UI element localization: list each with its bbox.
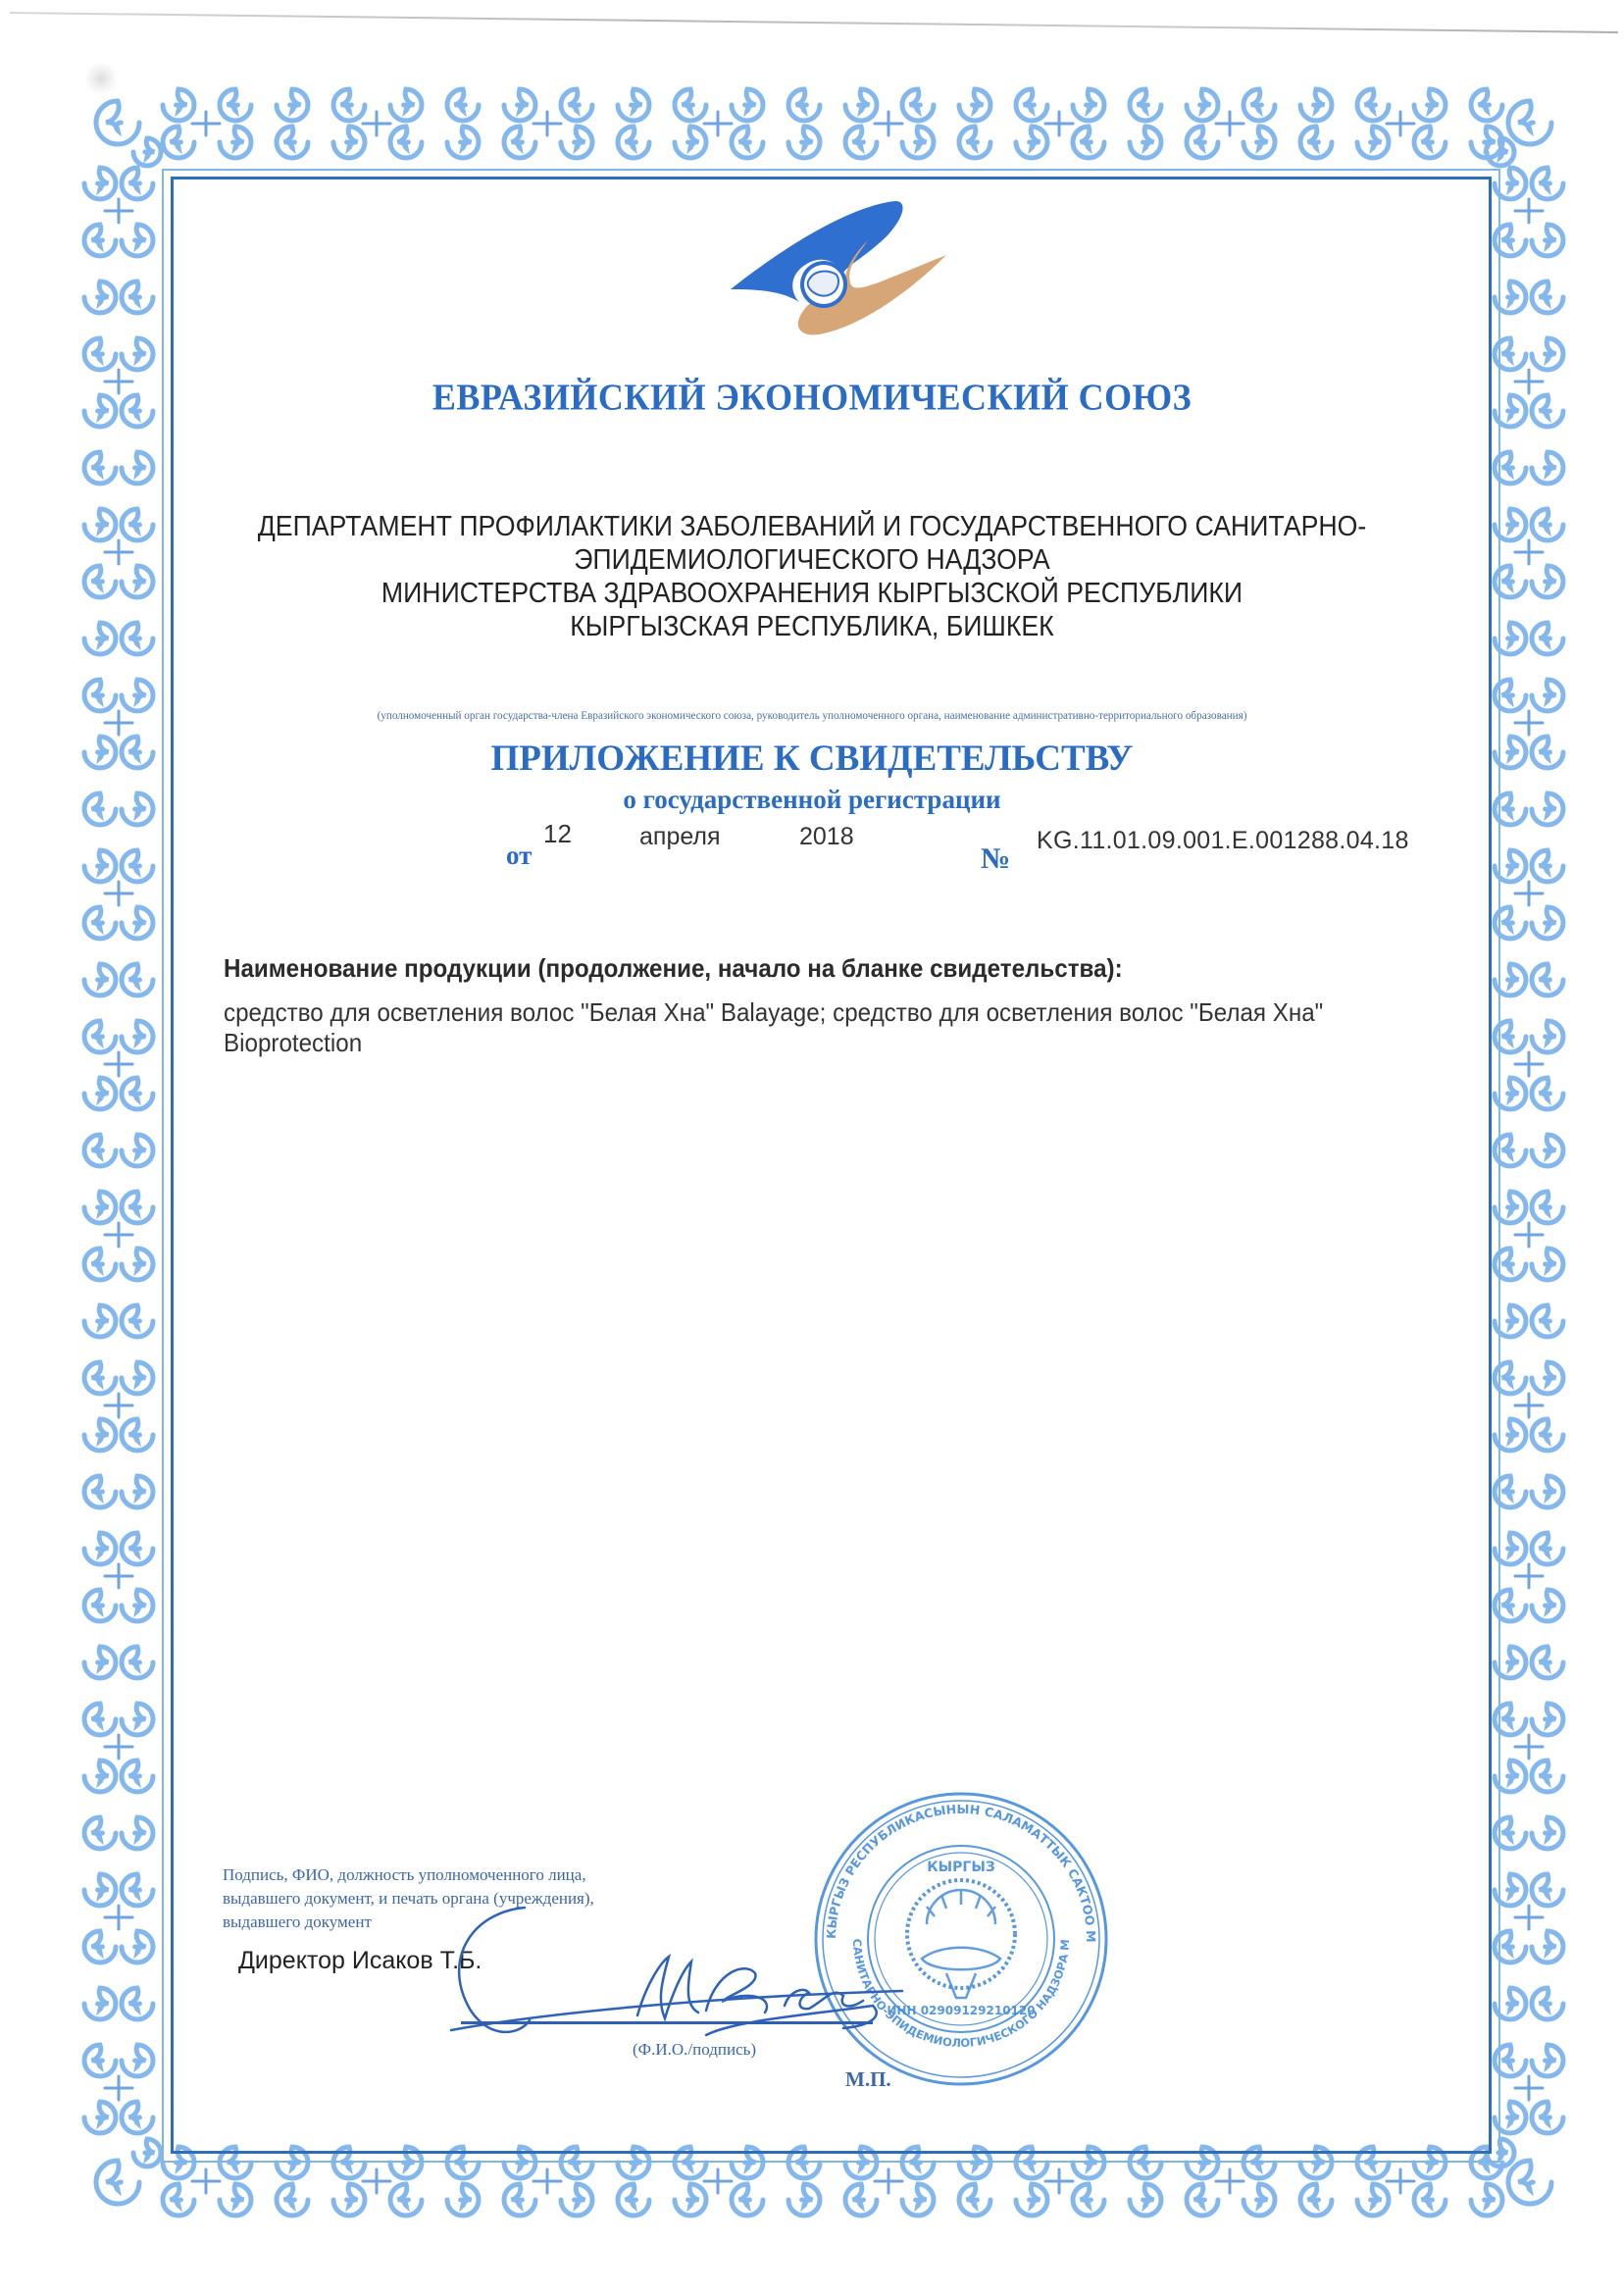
annex-title: ПРИЛОЖЕНИЕ К СВИДЕТЕЛЬСТВУ [0,738,1624,780]
date-number-row: от 12 апреля 2018 № KG.11.01.09.001.E.00… [0,819,1624,878]
department-line: МИНИСТЕРСТВА ЗДРАВООХРАНЕНИЯ КЫРГЫЗСКОЙ … [65,577,1559,610]
stamp-center-text: КЫРГЫЗ [927,1860,995,1875]
scan-edge-line [10,12,1618,33]
department-line: КЫРГЫЗСКАЯ РЕСПУБЛИКА, БИШКЕК [65,610,1559,643]
signature-caption-line: Подпись, ФИО, должность уполномоченного … [223,1863,594,1887]
department-line: ДЕПАРТАМЕНТ ПРОФИЛАКТИКИ ЗАБОЛЕВАНИЙ И Г… [65,510,1559,543]
product-heading: Наименование продукции (продолжение, нач… [224,953,1123,984]
department-line: ЭПИДЕМИОЛОГИЧЕСКОГО НАДЗОРА [65,543,1559,577]
authority-caption: (уполномоченный орган государства-члена … [57,708,1567,723]
department-name: ДЕПАРТАМЕНТ ПРОФИЛАКТИКИ ЗАБОЛЕВАНИЙ И Г… [65,510,1559,643]
handwritten-signature-icon [412,1903,922,2050]
seal-place-label: М.П. [845,2067,891,2092]
organization-title: ЕВРАЗИЙСКИЙ ЭКОНОМИЧЕСКИЙ СОЮЗ [0,376,1624,419]
date-month: апреля [639,823,721,851]
date-day: 12 [543,819,572,849]
eaeu-logo-icon [721,196,946,343]
annex-subtitle: о государственной регистрации [0,785,1624,815]
fio-caption: (Ф.И.О./подпись) [633,2040,756,2060]
registration-number: KG.11.01.09.001.E.001288.04.18 [1037,827,1409,855]
date-year: 2018 [799,823,854,851]
date-prefix: от [506,841,532,871]
number-sign: № [981,842,1010,876]
signature-line [461,2021,873,2024]
product-text: средство для осветления волос "Белая Хна… [224,997,1428,1058]
